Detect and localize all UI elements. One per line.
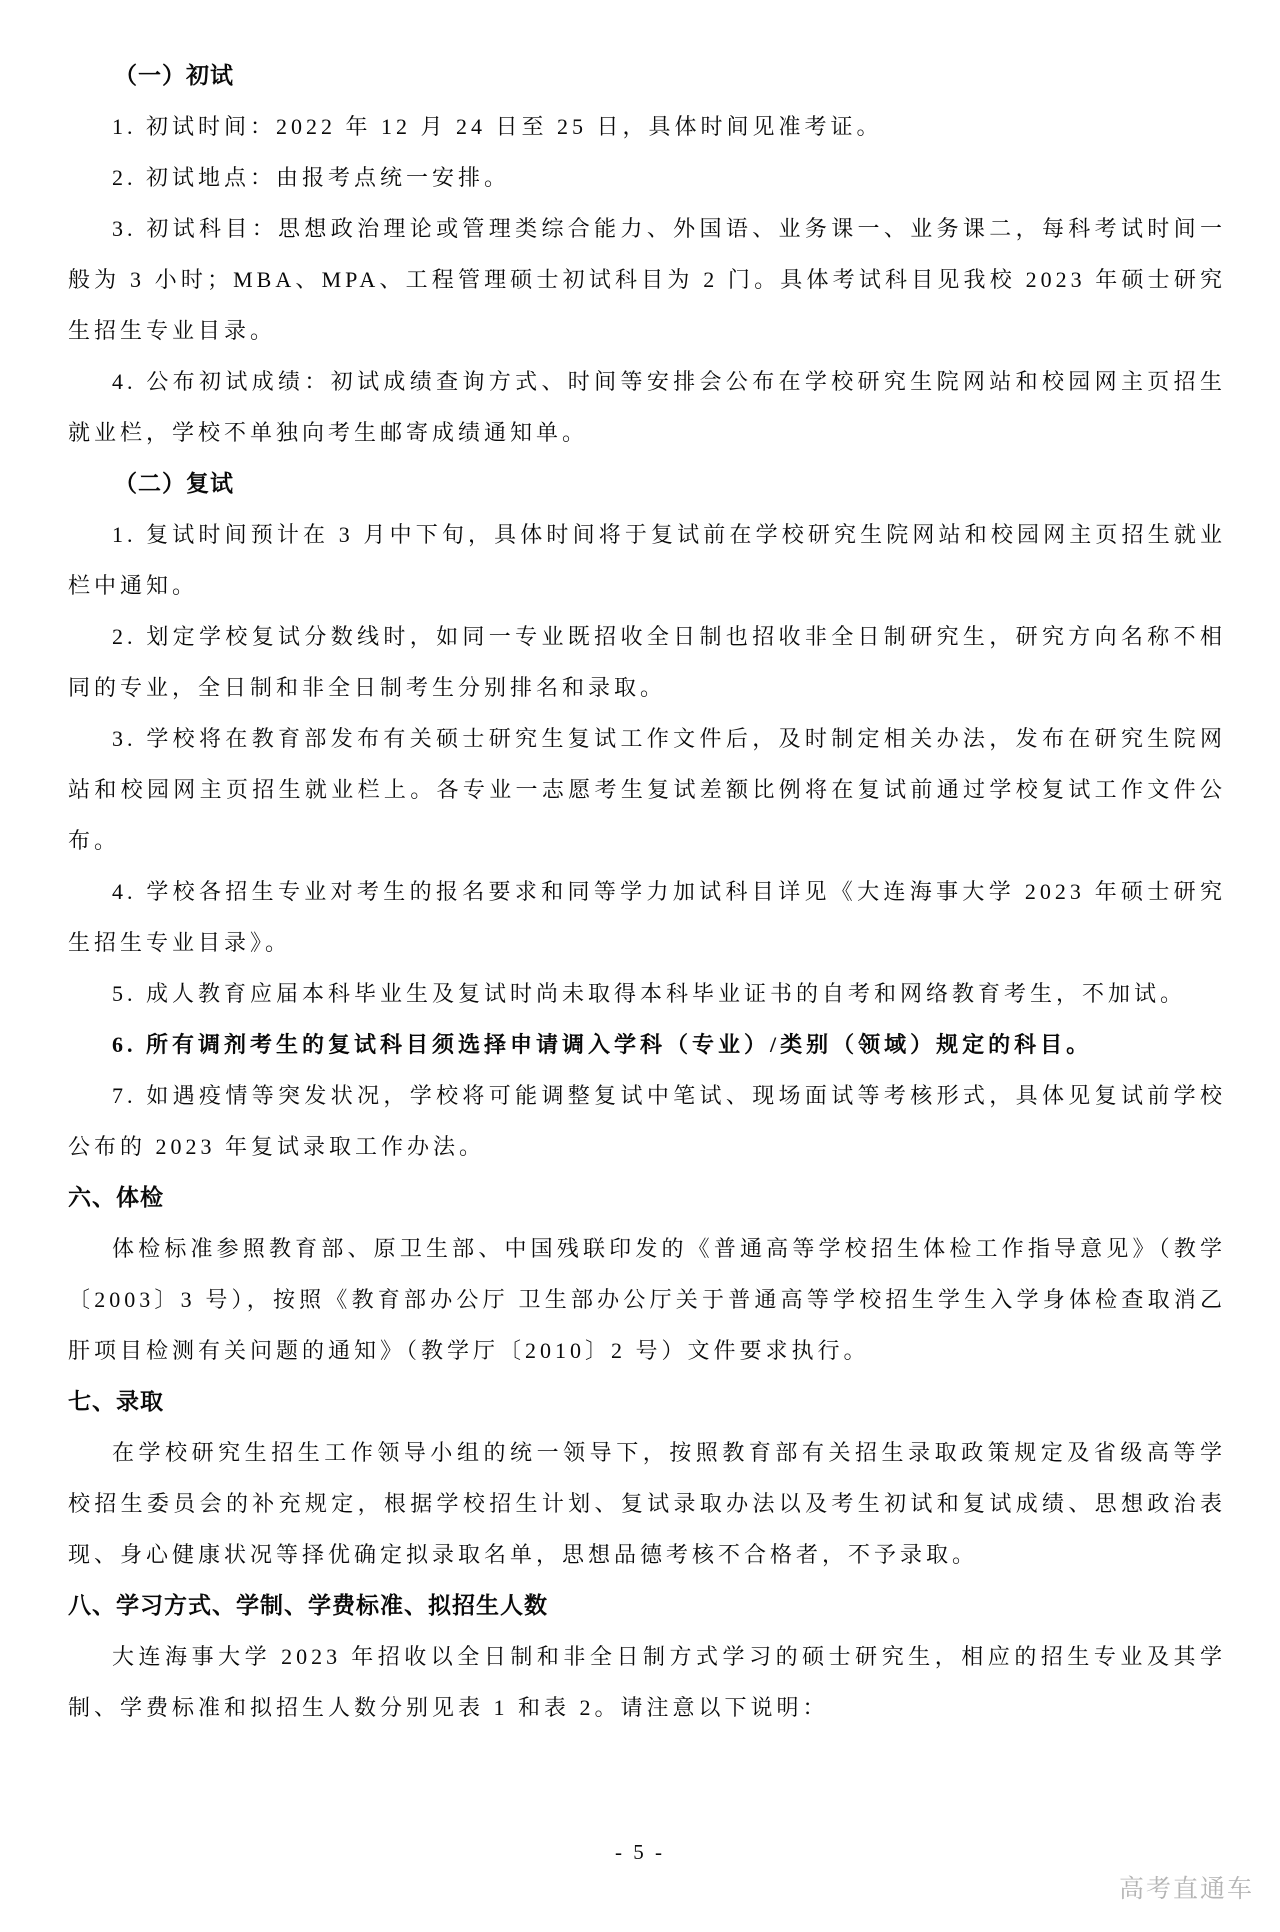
paragraph: 4. 公布初试成绩：初试成绩查询方式、时间等安排会公布在学校研究生院网站和校园网… — [68, 356, 1226, 458]
watermark-gaokao-zhitongche: 高考直通车 — [1119, 1874, 1254, 1904]
heading-admission: 七、录取 — [68, 1376, 1226, 1427]
paragraph: 体检标准参照教育部、原卫生部、中国残联印发的《普通高等学校招生体检工作指导意见》… — [68, 1223, 1226, 1376]
paragraph: 2. 划定学校复试分数线时，如同一专业既招收全日制也招收非全日制研究生，研究方向… — [68, 611, 1226, 713]
heading-preliminary-exam: （一）初试 — [68, 50, 1226, 101]
paragraph: 3. 学校将在教育部发布有关硕士研究生复试工作文件后，及时制定相关办法，发布在研… — [68, 713, 1226, 866]
heading-study-mode-tuition: 八、学习方式、学制、学费标准、拟招生人数 — [68, 1580, 1226, 1631]
paragraph: 1. 初试时间：2022 年 12 月 24 日至 25 日，具体时间见准考证。 — [68, 101, 1226, 152]
paragraph: 7. 如遇疫情等突发状况，学校将可能调整复试中笔试、现场面试等考核形式，具体见复… — [68, 1070, 1226, 1172]
paragraph: 5. 成人教育应届本科毕业生及复试时尚未取得本科毕业证书的自考和网络教育考生，不… — [68, 968, 1226, 1019]
page-number: - 5 - — [0, 1838, 1280, 1866]
paragraph: 在学校研究生招生工作领导小组的统一领导下，按照教育部有关招生录取政策规定及省级高… — [68, 1427, 1226, 1580]
document-page: （一）初试 1. 初试时间：2022 年 12 月 24 日至 25 日，具体时… — [0, 0, 1280, 1932]
paragraph-bold-note: 6. 所有调剂考生的复试科目须选择申请调入学科（专业）/类别（领域）规定的科目。 — [68, 1019, 1226, 1070]
paragraph: 3. 初试科目：思想政治理论或管理类综合能力、外国语、业务课一、业务课二，每科考… — [68, 203, 1226, 356]
paragraph: 大连海事大学 2023 年招收以全日制和非全日制方式学习的硕士研究生，相应的招生… — [68, 1631, 1226, 1733]
paragraph: 2. 初试地点：由报考点统一安排。 — [68, 152, 1226, 203]
heading-physical-exam: 六、体检 — [68, 1172, 1226, 1223]
document-body: （一）初试 1. 初试时间：2022 年 12 月 24 日至 25 日，具体时… — [68, 50, 1226, 1733]
paragraph: 1. 复试时间预计在 3 月中下旬，具体时间将于复试前在学校研究生院网站和校园网… — [68, 509, 1226, 611]
paragraph: 4. 学校各招生专业对考生的报名要求和同等学力加试科目详见《大连海事大学 202… — [68, 866, 1226, 968]
heading-second-round-exam: （二）复试 — [68, 458, 1226, 509]
